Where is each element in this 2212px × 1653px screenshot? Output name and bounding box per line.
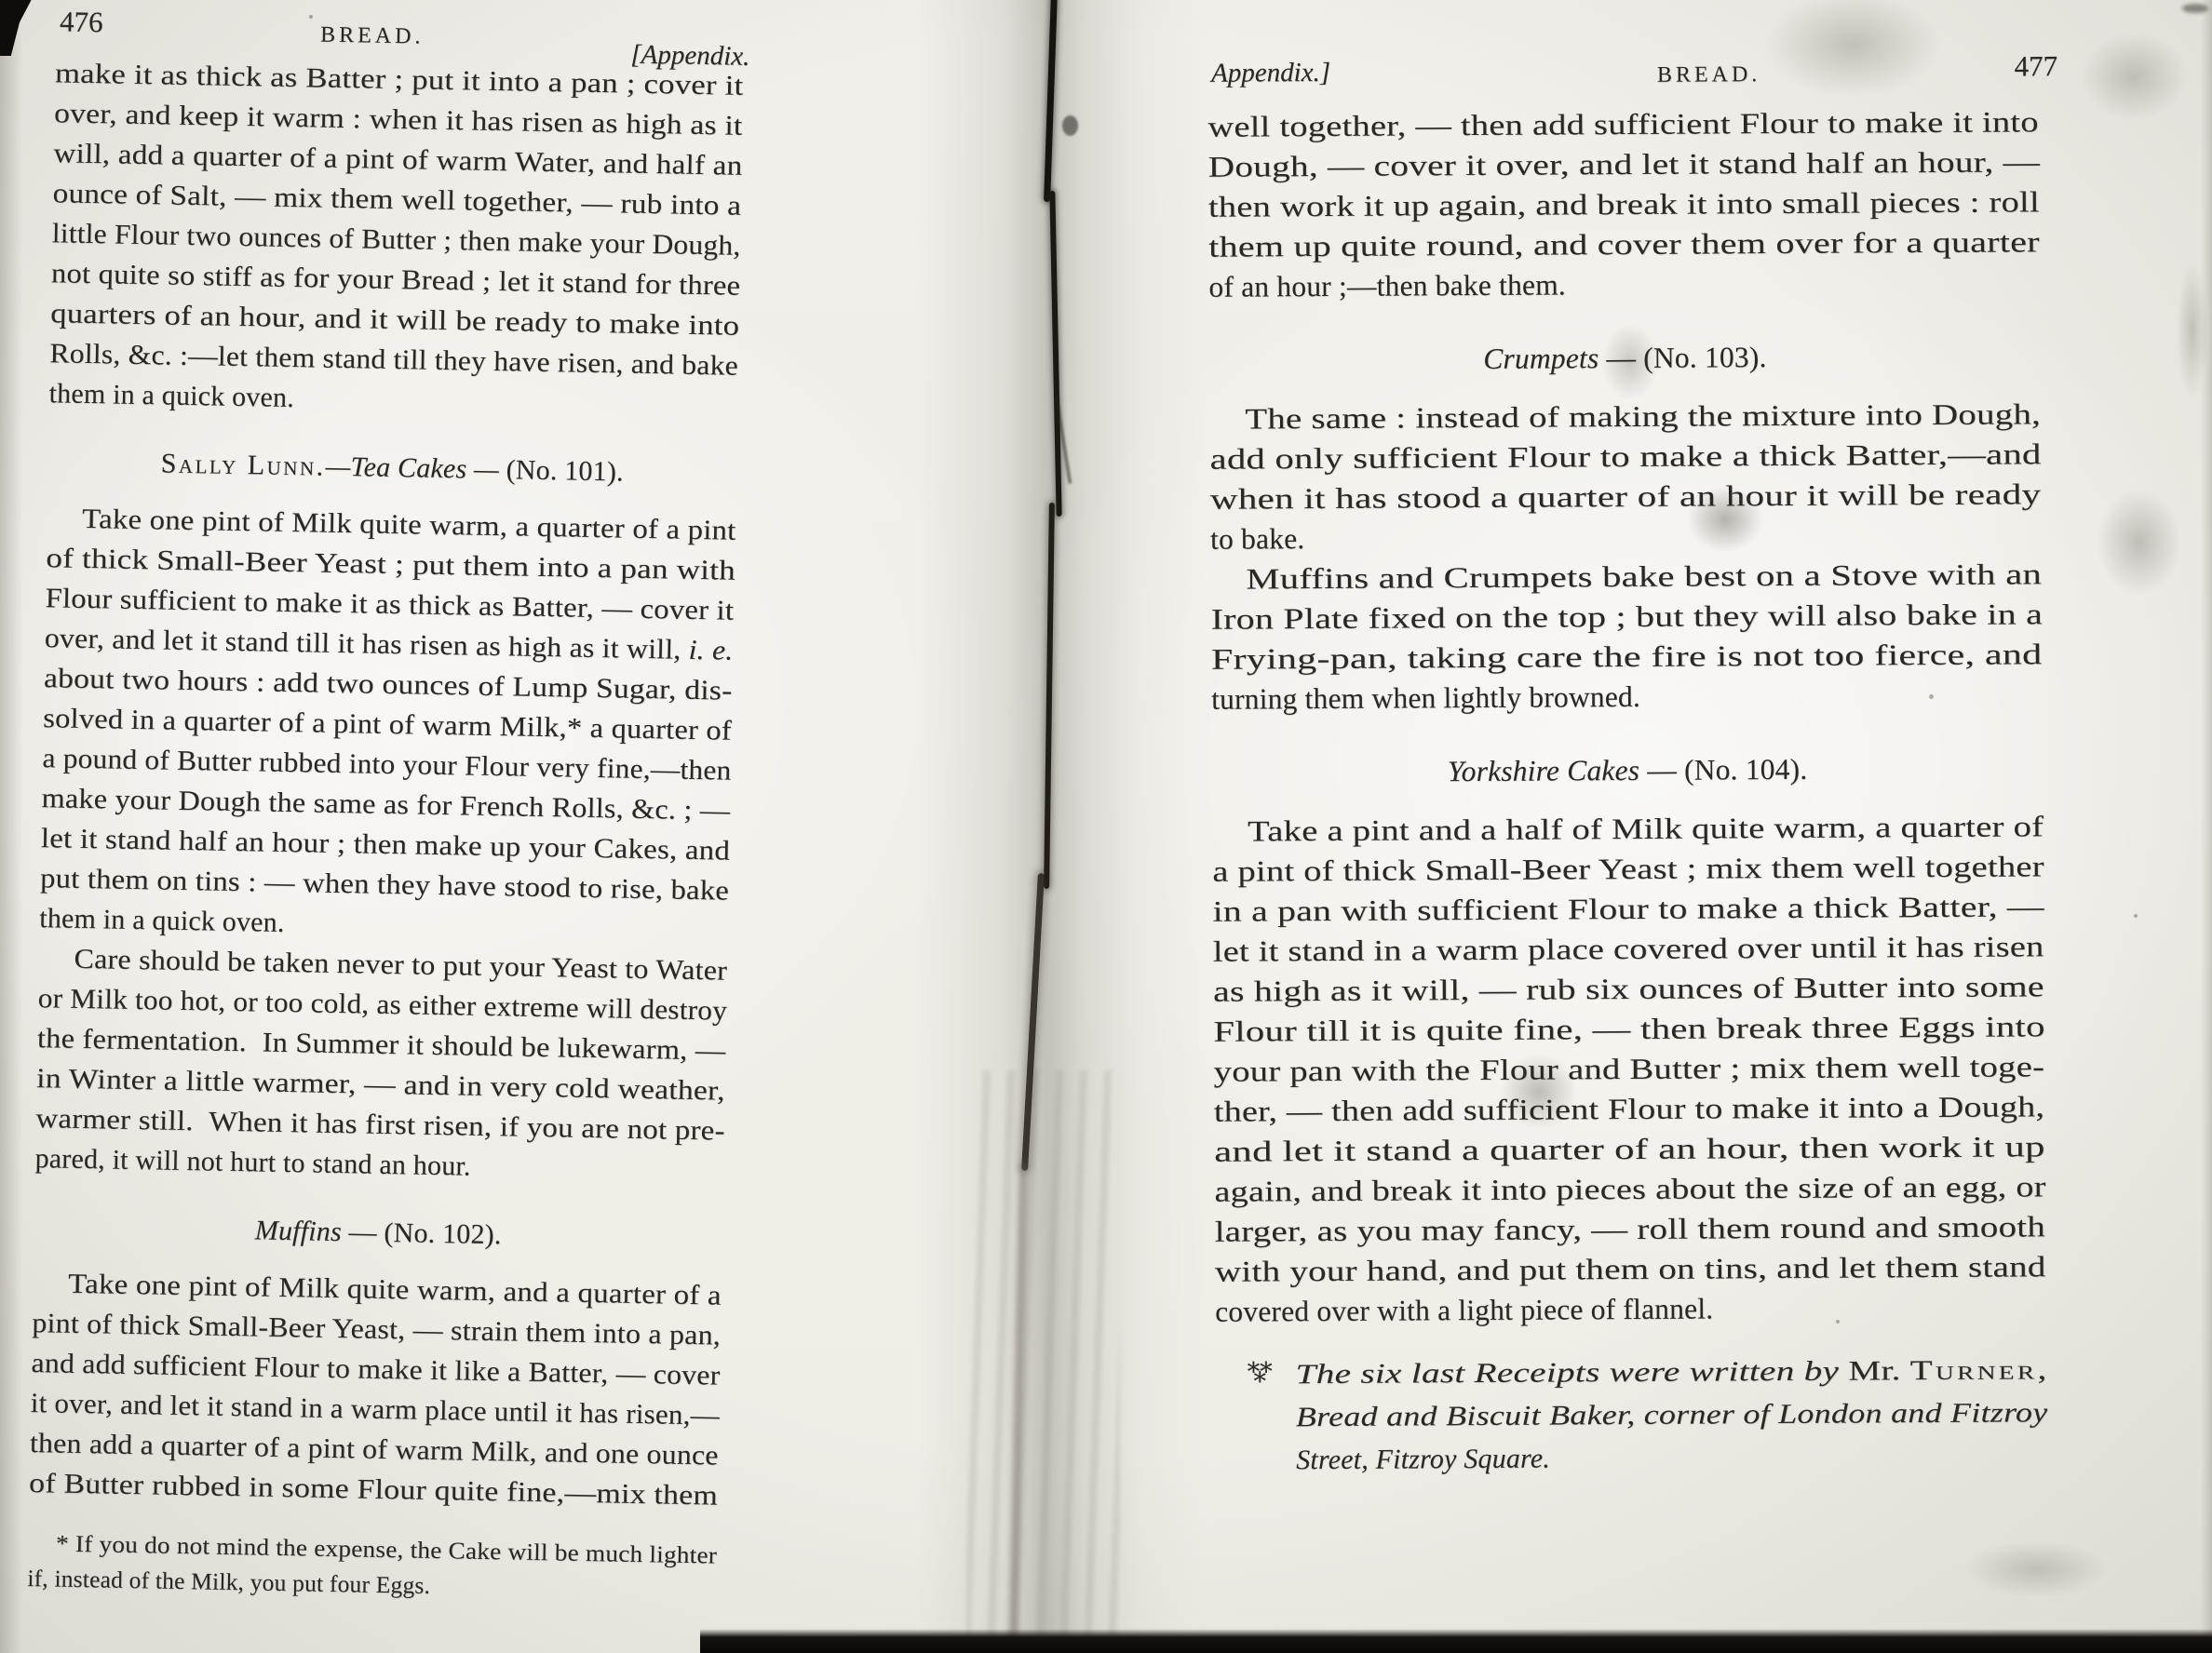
text-line: add only sufficient Flour to make a thic… bbox=[1209, 434, 2041, 478]
line-text: Take a pint and a half of Milk quite war… bbox=[1248, 806, 2043, 851]
line-text: larger, as you may fancy, — roll them ro… bbox=[1215, 1206, 2046, 1251]
ink-speck bbox=[2134, 914, 2138, 918]
line-text: to bake. bbox=[1210, 518, 1305, 559]
recipe-heading: Yorkshire Cakes — (No. 104). bbox=[1212, 747, 2043, 792]
text-run: — (No. 102). bbox=[342, 1216, 502, 1250]
scan-top-right-artifact bbox=[2182, 4, 2208, 13]
text-line: and let it stand a quarter of an hour, t… bbox=[1214, 1126, 2045, 1171]
line-text: well together, — then add sufficient Flo… bbox=[1207, 101, 2039, 146]
line-text: them in a quick oven. bbox=[39, 898, 285, 943]
text-line: Bread and Biscuit Baker, corner of Londo… bbox=[1296, 1391, 2047, 1439]
right-page-text: well together, — then add sufficient Flo… bbox=[1207, 0, 2048, 1483]
text-line: Iron Plate fixed on the top ; but they w… bbox=[1210, 594, 2042, 638]
book-scan: 476 BREAD. [Appendix. make it as thick a… bbox=[0, 0, 2212, 1653]
line-text: let it stand in a warm place covered ove… bbox=[1213, 926, 2044, 971]
recipe-heading: Crumpets — (No. 103). bbox=[1209, 335, 2041, 380]
text-line: The six last Receipts were written by Mr… bbox=[1295, 1349, 2046, 1396]
asterism-mark: ⁂ bbox=[1247, 1355, 1272, 1384]
text-run: Turner bbox=[1910, 1354, 2038, 1386]
text-line: Take a pint and a half of Milk quite war… bbox=[1212, 806, 2043, 851]
line-text: add only sufficient Flour to make a thic… bbox=[1209, 434, 2041, 478]
line-text: then work it up again, and break it into… bbox=[1208, 181, 2040, 226]
line-text: Iron Plate fixed on the top ; but they w… bbox=[1210, 594, 2043, 638]
line-text: Dough, — cover it over, and let it stand… bbox=[1208, 141, 2041, 186]
paragraph: Take a pint and a half of Milk quite war… bbox=[1212, 806, 2046, 1331]
text-line: ther, — then add sufficient Flour to mak… bbox=[1214, 1086, 2045, 1131]
ink-blot bbox=[1062, 115, 1078, 136]
text-run: —Tea Cakes — bbox=[325, 451, 499, 485]
page-stain bbox=[2097, 489, 2182, 596]
right-page: Appendix.] BREAD. 477 well together, — t… bbox=[1207, 0, 2049, 1653]
left-page-text: make it as thick as Batter ; put it into… bbox=[27, 0, 745, 1609]
line-text: covered over with a light piece of flann… bbox=[1215, 1288, 1713, 1331]
text-run: — (No. 104). bbox=[1639, 753, 1807, 786]
line-text: them up quite round, and cover them over… bbox=[1208, 222, 2040, 266]
paragraph: Care should be taken never to put your Y… bbox=[34, 938, 728, 1191]
text-line: with your hand, and put them on tins, an… bbox=[1215, 1246, 2046, 1291]
line-text: as high as it will, — rub six ounces of … bbox=[1213, 966, 2044, 1011]
text-run: i. e. bbox=[688, 635, 733, 666]
text-run: (No. 101). bbox=[499, 454, 624, 487]
recipe-heading: Sally Lunn.—Tea Cakes — (No. 101). bbox=[47, 441, 737, 494]
text-line: them up quite round, and cover them over… bbox=[1208, 222, 2040, 266]
line-text: in a pan with sufficient Flour to make a… bbox=[1212, 886, 2043, 931]
paragraph: The same : instead of making the mixture… bbox=[1209, 394, 2042, 558]
line-text: Bread and Biscuit Baker, corner of Londo… bbox=[1296, 1391, 2048, 1439]
text-line: Muffins and Crumpets bake best on a Stov… bbox=[1210, 554, 2042, 598]
scan-bottom-artifact bbox=[700, 1629, 2212, 1653]
text-run: The six last Receipts were written by bbox=[1295, 1356, 1848, 1391]
text-line: Flour till it is quite fine, — then brea… bbox=[1213, 1006, 2044, 1051]
text-run: Sally Lunn. bbox=[160, 448, 325, 481]
paragraph: well together, — then add sufficient Flo… bbox=[1207, 101, 2040, 306]
recipe-heading: Muffins — (No. 102). bbox=[34, 1206, 723, 1259]
page-stain bbox=[2177, 261, 2208, 400]
line-text: turning them when lightly browned. bbox=[1211, 677, 1640, 719]
text-line: larger, as you may fancy, — roll them ro… bbox=[1215, 1206, 2046, 1251]
text-line: again, and break it into pieces about th… bbox=[1214, 1166, 2045, 1211]
line-text: ther, — then add sufficient Flour to mak… bbox=[1214, 1086, 2045, 1131]
line-text: and let it stand a quarter of an hour, t… bbox=[1214, 1126, 2045, 1171]
text-line: your pan with the Flour and Butter ; mix… bbox=[1213, 1046, 2044, 1091]
text-line: when it has stood a quarter of an hour i… bbox=[1210, 474, 2042, 518]
text-run: over, and let it stand till it has risen… bbox=[45, 623, 689, 665]
footnote: ⁂The six last Receipts were written by M… bbox=[1295, 1349, 2047, 1482]
text-line: in a pan with sufficient Flour to make a… bbox=[1212, 886, 2043, 931]
text-run: Muffins bbox=[255, 1215, 343, 1247]
paragraph: Muffins and Crumpets bake best on a Stov… bbox=[1210, 554, 2043, 719]
line-text: Street, Fitzroy Square. bbox=[1296, 1438, 1550, 1483]
left-page: 476 BREAD. [Appendix. make it as thick a… bbox=[26, 0, 745, 1653]
line-text: of an hour ;—then bake them. bbox=[1208, 264, 1566, 306]
text-line: covered over with a light piece of flann… bbox=[1215, 1286, 2046, 1331]
text-line: The same : instead of making the mixture… bbox=[1209, 394, 2041, 438]
line-text: a pint of thick Small-Beer Yeast ; mix t… bbox=[1212, 846, 2044, 891]
text-run: Mr. bbox=[1848, 1355, 1910, 1386]
text-run: — (No. 103). bbox=[1598, 341, 1766, 374]
footnote: * If you do not mind the expense, the Ca… bbox=[27, 1525, 717, 1609]
text-line: a pint of thick Small-Beer Yeast ; mix t… bbox=[1212, 846, 2043, 891]
line-text: them in a quick oven. bbox=[48, 373, 294, 418]
text-line: Frying-pan, taking care the fire is not … bbox=[1211, 634, 2043, 679]
text-line: of an hour ;—then bake them. bbox=[1208, 262, 2040, 306]
line-text: The six last Receipts were written by Mr… bbox=[1295, 1349, 2046, 1396]
right-edge-shadow bbox=[2201, 0, 2212, 1653]
text-line: as high as it will, — rub six ounces of … bbox=[1213, 966, 2044, 1011]
line-text: if, instead of the Milk, you put four Eg… bbox=[27, 1561, 430, 1604]
line-text: with your hand, and put them on tins, an… bbox=[1215, 1246, 2046, 1291]
paragraph: Take one pint of Milk quite warm, and a … bbox=[29, 1263, 722, 1516]
text-line: Dough, — cover it over, and let it stand… bbox=[1208, 141, 2040, 186]
left-edge-shadow bbox=[0, 0, 22, 1653]
line-text: Muffins and Crumpets bake best on a Stov… bbox=[1246, 554, 2042, 598]
line-text: Frying-pan, taking care the fire is not … bbox=[1211, 634, 2043, 679]
text-run: Crumpets bbox=[1483, 342, 1598, 375]
line-text: when it has stood a quarter of an hour i… bbox=[1210, 474, 2042, 518]
text-line: Street, Fitzroy Square. bbox=[1296, 1434, 2047, 1482]
line-text: your pan with the Flour and Butter ; mix… bbox=[1213, 1046, 2044, 1091]
line-text: Flour till it is quite fine, — then brea… bbox=[1213, 1006, 2045, 1051]
text-run: , bbox=[2037, 1354, 2046, 1385]
gutter-ripples bbox=[966, 1070, 1120, 1653]
text-line: let it stand in a warm place covered ove… bbox=[1213, 926, 2044, 971]
paragraph: Take one pint of Milk quite warm, a quar… bbox=[39, 498, 736, 950]
line-text: again, and break it into pieces about th… bbox=[1214, 1166, 2046, 1211]
text-line: well together, — then add sufficient Flo… bbox=[1207, 101, 2039, 146]
line-text: pared, it will not hurt to stand an hour… bbox=[34, 1138, 471, 1187]
line-text: The same : instead of making the mixture… bbox=[1245, 394, 2041, 438]
text-line: to bake. bbox=[1210, 514, 2042, 558]
text-run: Yorkshire Cakes bbox=[1448, 754, 1640, 787]
text-line: then work it up again, and break it into… bbox=[1208, 181, 2040, 226]
paragraph: make it as thick as Batter ; put it into… bbox=[48, 53, 744, 425]
text-line: turning them when lightly browned. bbox=[1211, 674, 2043, 719]
